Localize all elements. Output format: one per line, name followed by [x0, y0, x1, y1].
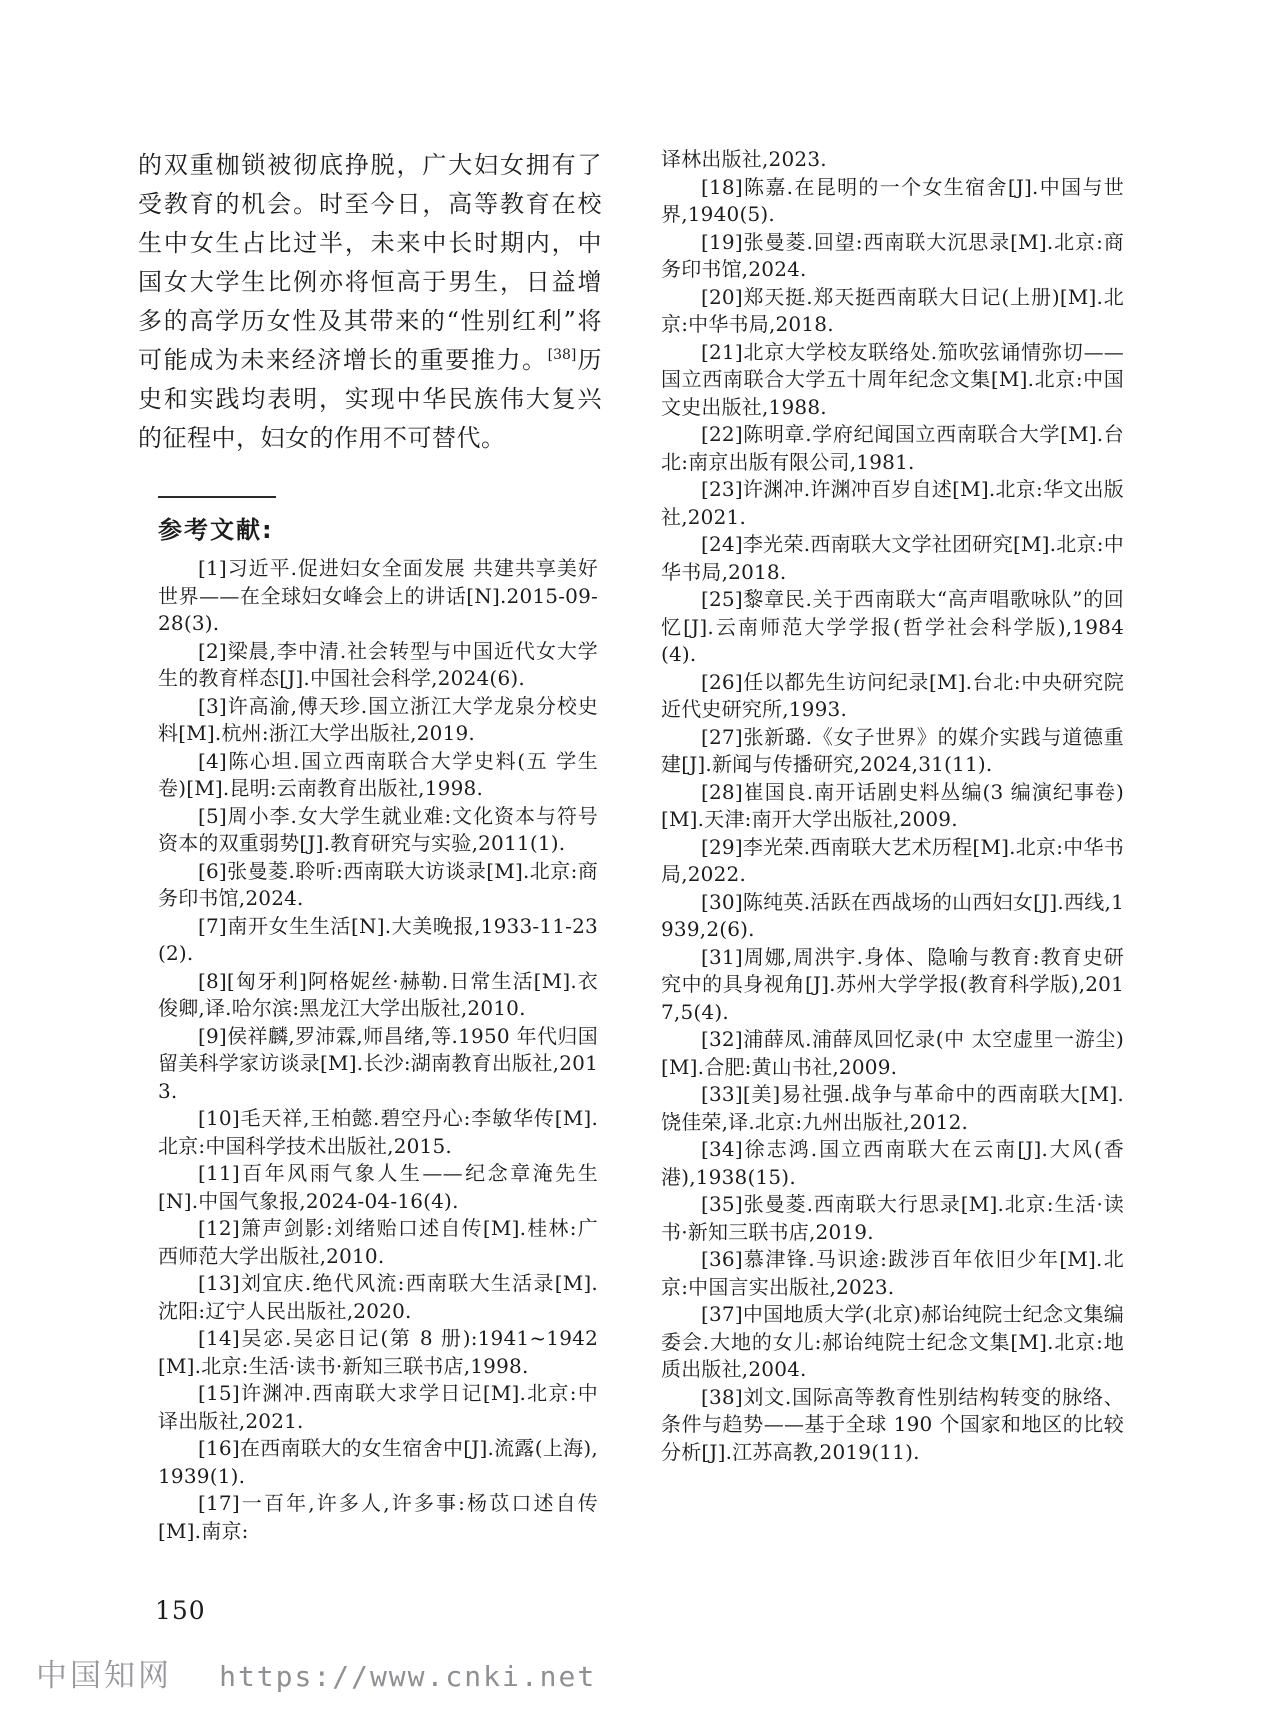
- reference-item: [36]慕津锋.马识途:跋涉百年依旧少年[M].北京:中国言实出版社,2023.: [661, 1246, 1124, 1301]
- reference-item: [12]箫声剑影:刘绪贻口述自传[M].桂林:广西师范大学出版社,2010.: [158, 1215, 598, 1270]
- section-divider-line: [158, 496, 276, 498]
- reference-item: [37]中国地质大学(北京)郝诒纯院士纪念文集编委会.大地的女儿:郝诒纯院士纪念…: [661, 1301, 1124, 1384]
- references-list-left: [1]习近平.促进妇女全面发展 共建共享美好世界——在全球妇女峰会上的讲话[N]…: [158, 555, 598, 1545]
- body-text-part1: 的双重枷锁被彻底挣脱，广大妇女拥有了受教育的机会。时至今日，高等教育在校生中女生…: [138, 151, 602, 374]
- reference-item: [19]张曼菱.回望:西南联大沉思录[M].北京:商务印书馆,2024.: [661, 229, 1124, 284]
- reference-item: [26]任以都先生访问纪录[M].台北:中央研究院近代史研究所,1993.: [661, 669, 1124, 724]
- reference-item: [22]陈明章.学府纪闻国立西南联合大学[M].台北:南京出版有限公司,1981…: [661, 421, 1124, 476]
- reference-item: [4]陈心坦.国立西南联合大学史料(五 学生卷)[M].昆明:云南教育出版社,1…: [158, 748, 598, 803]
- reference-item: [7]南开女生生活[N].大美晚报,1933-11-23(2).: [158, 913, 598, 968]
- reference-item: [13]刘宜庆.绝代风流:西南联大生活录[M].沈阳:辽宁人民出版社,2020.: [158, 1270, 598, 1325]
- references-column-right: 译林出版社,2023. [18]陈嘉.在昆明的一个女生宿舍[J].中国与世界,1…: [661, 146, 1124, 1466]
- reference-item: [15]许渊冲.西南联大求学日记[M].北京:中译出版社,2021.: [158, 1380, 598, 1435]
- reference-item: [25]黎章民.关于西南联大“高声唱歌咏队”的回忆[J].云南师范大学学报(哲学…: [661, 586, 1124, 669]
- reference-item: [2]梁晨,李中清.社会转型与中国近代女大学生的教育样态[J].中国社会科学,2…: [158, 638, 598, 693]
- reference-item: [34]徐志鸿.国立西南联大在云南[J].大风(香港),1938(15).: [661, 1136, 1124, 1191]
- reference-item: [21]北京大学校友联络处.笳吹弦诵情弥切——国立西南联合大学五十周年纪念文集[…: [661, 339, 1124, 422]
- references-list-right: [18]陈嘉.在昆明的一个女生宿舍[J].中国与世界,1940(5).[19]张…: [661, 174, 1124, 1467]
- reference-item: [38]刘文.国际高等教育性别结构转变的脉络、条件与趋势——基于全球 190 个…: [661, 1384, 1124, 1467]
- reference-item: [8][匈牙利]阿格妮丝·赫勒.日常生活[M].衣俊卿,译.哈尔滨:黑龙江大学出…: [158, 968, 598, 1023]
- cnki-url: https://www.cnki.net: [219, 1660, 596, 1693]
- reference-item: [1]习近平.促进妇女全面发展 共建共享美好世界——在全球妇女峰会上的讲话[N]…: [158, 555, 598, 638]
- reference-item: [28]崔国良.南开话剧史料丛编(3 编演纪事卷)[M].天津:南开大学出版社,…: [661, 779, 1124, 834]
- journal-page: 的双重枷锁被彻底挣脱，广大妇女拥有了受教育的机会。时至今日，高等教育在校生中女生…: [0, 0, 1280, 1724]
- reference-item: [14]吴宓.吴宓日记(第 8 册):1941~1942[M].北京:生活·读书…: [158, 1325, 598, 1380]
- reference-item: [10]毛天祥,王柏懿.碧空丹心:李敏华传[M].北京:中国科学技术出版社,20…: [158, 1105, 598, 1160]
- reference-item: [29]李光荣.西南联大艺术历程[M].北京:中华书局,2022.: [661, 834, 1124, 889]
- reference-item: [5]周小李.女大学生就业难:文化资本与符号资本的双重弱势[J].教育研究与实验…: [158, 803, 598, 858]
- reference-item: [18]陈嘉.在昆明的一个女生宿舍[J].中国与世界,1940(5).: [661, 174, 1124, 229]
- references-heading: 参考文献:: [158, 510, 598, 545]
- cnki-logo-text: 中国知网: [36, 1658, 172, 1694]
- body-paragraph: 的双重枷锁被彻底挣脱，广大妇女拥有了受教育的机会。时至今日，高等教育在校生中女生…: [138, 146, 602, 458]
- cnki-watermark: 中国知网 https://www.cnki.net: [36, 1650, 596, 1695]
- page-number: 150: [155, 1596, 206, 1625]
- reference-item: [11]百年风雨气象人生——纪念章淹先生[N].中国气象报,2024-04-16…: [158, 1160, 598, 1215]
- reference-item: [24]李光荣.西南联大文学社团研究[M].北京:中华书局,2018.: [661, 531, 1124, 586]
- reference-item: [6]张曼菱.聆听:西南联大访谈录[M].北京:商务印书馆,2024.: [158, 858, 598, 913]
- reference-item: [35]张曼菱.西南联大行思录[M].北京:生活·读书·新知三联书店,2019.: [661, 1191, 1124, 1246]
- reference-item: [20]郑天挺.郑天挺西南联大日记(上册)[M].北京:中华书局,2018.: [661, 284, 1124, 339]
- reference-item: [3]许高渝,傅天珍.国立浙江大学龙泉分校史料[M].杭州:浙江大学出版社,20…: [158, 693, 598, 748]
- reference-item: [31]周娜,周洪宇.身体、隐喻与教育:教育史研究中的具身视角[J].苏州大学学…: [661, 944, 1124, 1027]
- citation-superscript: [38]: [548, 347, 577, 363]
- reference-item: [16]在西南联大的女生宿舍中[J].流露(上海),1939(1).: [158, 1435, 598, 1490]
- reference-item: [30]陈纯英.活跃在西战场的山西妇女[J].西线,1939,2(6).: [661, 889, 1124, 944]
- references-section: 参考文献: [1]习近平.促进妇女全面发展 共建共享美好世界——在全球妇女峰会上…: [158, 496, 598, 1545]
- reference-item: [27]张新璐.《女子世界》的媒介实践与道德重建[J].新闻与传播研究,2024…: [661, 724, 1124, 779]
- reference-item-continuation: 译林出版社,2023.: [661, 146, 1124, 174]
- reference-item: [23]许渊冲.许渊冲百岁自述[M].北京:华文出版社,2021.: [661, 476, 1124, 531]
- reference-item: [9]侯祥麟,罗沛霖,师昌绪,等.1950 年代归国留美科学家访谈录[M].长沙…: [158, 1023, 598, 1106]
- reference-item: [32]浦薛凤.浦薛凤回忆录(中 太空虚里一游尘)[M].合肥:黄山书社,200…: [661, 1026, 1124, 1081]
- reference-item: [17]一百年,许多人,许多事:杨苡口述自传[M].南京:: [158, 1490, 598, 1545]
- reference-item: [33][美]易社强.战争与革命中的西南联大[M].饶佳荣,译.北京:九州出版社…: [661, 1081, 1124, 1136]
